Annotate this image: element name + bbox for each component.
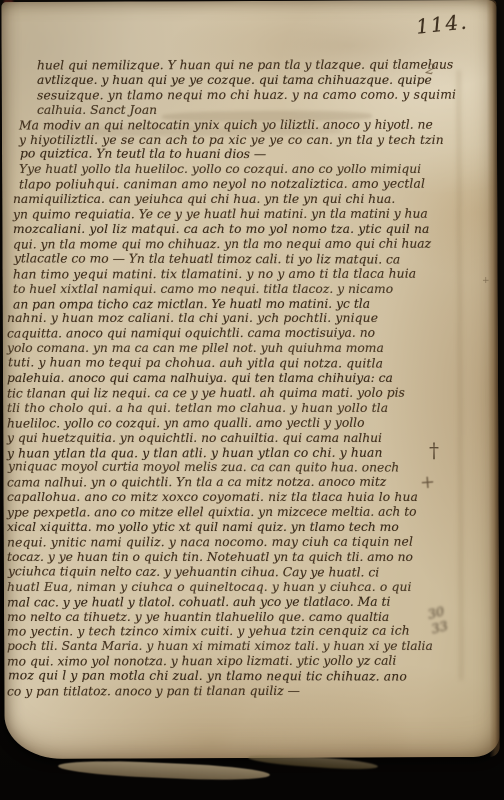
manuscript-line: yciuhca tiquin nelto caz. y yehuantin ci… — [8, 564, 462, 580]
manuscript-line: cama nalhui. yn o quichtli. Yn tla a ca … — [7, 475, 461, 491]
manuscript-line: an pan ompa ticho caz mictlan. Ye huatl … — [7, 296, 461, 312]
manuscript-line: mo nelto ca tihuetz. y ye huantin tlahue… — [7, 610, 461, 625]
manuscript-line: mozcaliani. yol liz matqui. ca ach to mo… — [7, 222, 461, 237]
manuscript-line: yn quimo requiatia. Ye ce y ye huatl hui… — [7, 207, 461, 223]
manuscript-line: nahni. y huan moz caliani. tla chi yani.… — [7, 311, 461, 326]
manuscript-line: calhuia. Sanct Joan — [7, 103, 461, 118]
margin-cross-icon: + — [482, 276, 490, 286]
manuscript-line: co y pan titlatoz. anoco y pan ti tlanan… — [7, 684, 461, 700]
manuscript-line: sesuizque. yn tlamo nequi mo chi huaz. y… — [7, 87, 461, 103]
manuscript-line: Ma modiv an qui neltocatin ynix quich yo… — [7, 117, 461, 133]
page-edge-shadow — [486, 0, 499, 757]
manuscript-line: caquitta. anoco qui namiqui oquichtli. c… — [7, 326, 461, 342]
manuscript-text-block: huel qui nemilizque. Y huan qui ne pan t… — [7, 58, 461, 699]
manuscript-line: nequi. ynitic nami quiliz. y naca nocomo… — [7, 535, 461, 551]
manuscript-line: mal cac. y ye huatl y tlatol. cohuatl. a… — [7, 594, 461, 610]
manuscript-line: xical xiquitta. mo yollo ytic xt quil na… — [7, 520, 461, 535]
manuscript-line: tocaz. y ye huan tin o quich tin. Notehu… — [7, 550, 461, 565]
manuscript-line: avtlizque. y huan qui ye ye cozque. qui … — [7, 73, 461, 88]
manuscript-line: namiquiliztica. can yeiuhca qui chi hua.… — [7, 192, 461, 207]
manuscript-line: y qui huetzquitia. yn oquichtli. no cahu… — [7, 431, 461, 446]
manuscript-line: han timo yequi matini. tix tlamatini. y … — [7, 266, 461, 282]
manuscript-line: huatl Eua, niman y ciuhca o quineltocaq.… — [7, 580, 461, 595]
manuscript-line: po quiztica. Yn teutl tla to huani dios … — [8, 147, 462, 163]
manuscript-line: y hiyotiliztli. ye se can ach to pa xic … — [7, 133, 461, 148]
manuscript-line: moz qui l y pan motla chi zual. yn tlamo… — [8, 668, 462, 684]
manuscript-line: Yye huatl yollo tla hueliloc. yollo co c… — [7, 162, 461, 177]
manuscript-line: mo yectin. y tech tzinco ximix cuiti. y … — [7, 624, 461, 640]
manuscript-line: tli tho cholo qui. a ha qui. tetlan mo c… — [7, 401, 461, 416]
manuscript-line: tuti. y huan mo tequi pa chohua. auh yit… — [8, 355, 462, 371]
manuscript-line: yolo comana. yn ma ca can me pllel not. … — [7, 341, 461, 356]
manuscript-line: tic tlanan qui liz nequi. ca ce y ye hua… — [7, 385, 461, 401]
manuscript-scan: 114. 2 huel qui nemilizque. Y huan qui n… — [0, 0, 504, 800]
margin-cross-icon: + — [419, 471, 436, 493]
manuscript-line: yniquac moyol curtia moyol melis zua. ca… — [8, 460, 462, 476]
manuscript-line: hueliloc. yollo co cozqui. yn amo qualli… — [7, 415, 461, 431]
manuscript-line: tlapo poliuhqui. caniman amo neyol no no… — [7, 177, 461, 193]
manuscript-line: capallohua. ano co mitz xoxco coyomati. … — [7, 490, 461, 505]
margin-cross-icon: † — [429, 438, 439, 462]
manuscript-line: palehuia. anoco qui cama nalhuiya. qui t… — [7, 371, 461, 386]
manuscript-line: ytlacatle co mo — Yn tla tehuatl timoz c… — [8, 251, 462, 267]
page-edge-sliver — [58, 759, 270, 783]
manuscript-line: mo qui. ximo yol nonotza. y huan xipo li… — [7, 654, 461, 670]
manuscript-line: to huel xixtlal namiqui. camo mo nequi. … — [7, 282, 461, 297]
manuscript-line: huel qui nemilizque. Y huan qui ne pan t… — [7, 58, 461, 74]
manuscript-line: poch tli. Santa Maria. y huan xi mimati … — [7, 639, 461, 654]
manuscript-line: qui. yn tla mome qui mo chihuaz. yn tla … — [7, 236, 461, 252]
manuscript-line: ype pexpetla. ano co mitze ellel quixtia… — [7, 505, 461, 521]
